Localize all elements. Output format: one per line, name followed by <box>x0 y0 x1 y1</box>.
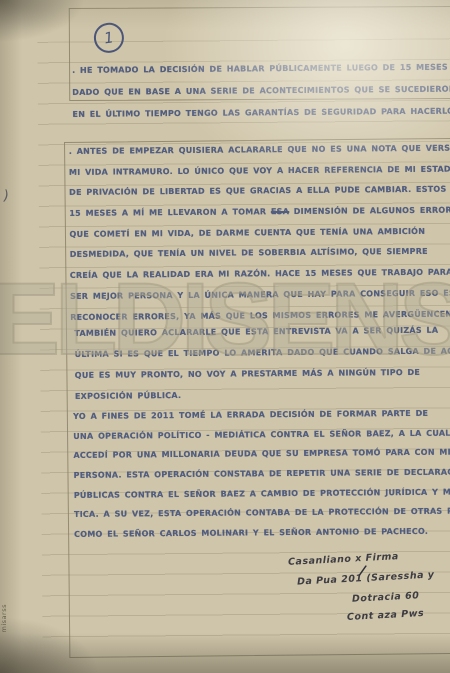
letter-paragraph: . HE TOMADO LA DECISIÓN DE HABLAR PÚBLIC… <box>72 63 450 132</box>
side-credit-text: misarss <box>0 604 8 632</box>
handwritten-letter-photo: 1 ) . HE TOMADO LA DECISIÓN DE HABLAR PÚ… <box>0 0 450 673</box>
letter-paragraph: YO A FINES DE 2011 TOMÉ LA ERRADA DECISI… <box>73 408 450 550</box>
letter-paragraph: . ANTES DE EMPEZAR QUISIERA ACLARARLE QU… <box>69 143 450 333</box>
handwriting-line: EN EL ÚLTIMO TIEMPO TENGO LAS GARANTÍAS … <box>72 106 450 131</box>
handwriting-line: COMO EL SEÑOR CARLOS MOLINARI Y EL SEÑOR… <box>74 526 450 549</box>
letter-paragraph: TAMBIÉN QUIERO ACLARARLE QUE ESTA ENTREV… <box>74 325 450 412</box>
